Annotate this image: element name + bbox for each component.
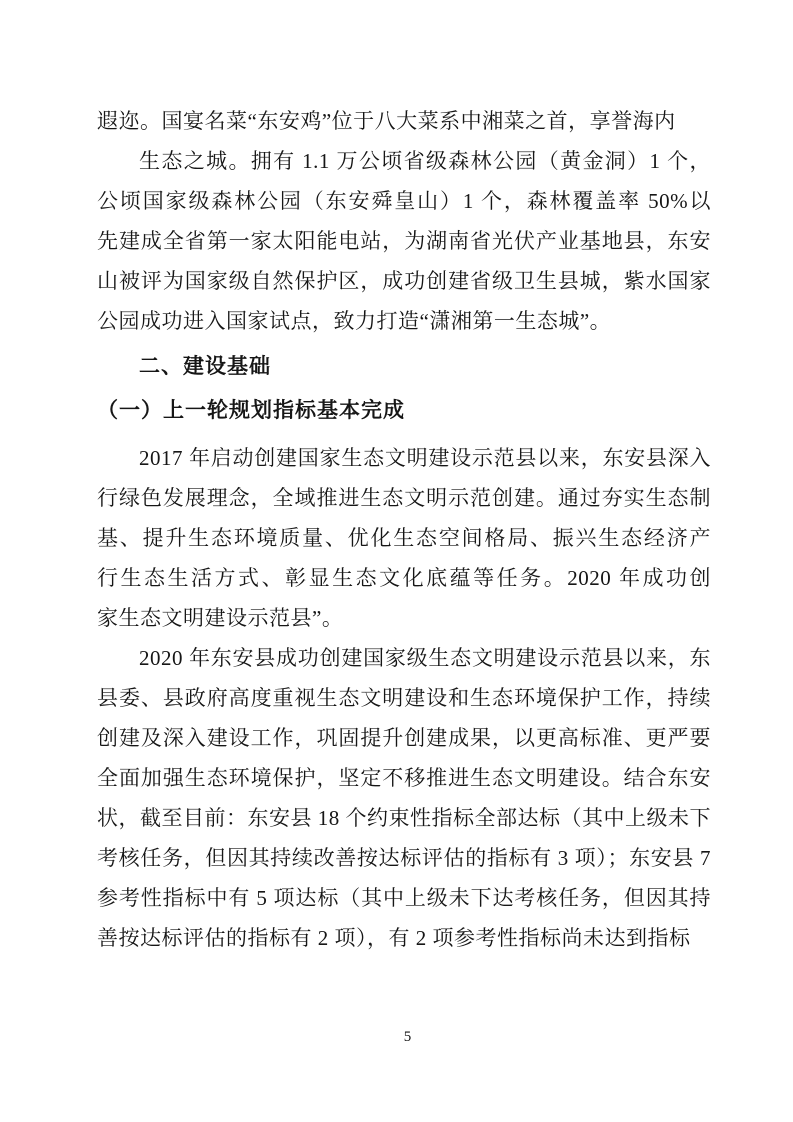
paragraph-line: 基、提升生态环境质量、优化生态空间格局、振兴生态经济产业、推 xyxy=(97,518,711,558)
document-body: 遐迩。国宴名菜“东安鸡”位于八大菜系中湘菜之首，享誉海内外。 生态之城。拥有 1… xyxy=(97,101,711,958)
paragraph-line: 2017 年启动创建国家生态文明建设示范县以来，东安县深入践 xyxy=(97,438,711,478)
paragraph-line: 公顷国家级森林公园（东安舜皇山）1 个，森林覆盖率 50%以上，率 xyxy=(97,181,711,221)
paragraph-line: 行生态生活方式、彰显生态文化底蕴等任务。2020 年成功创建“国 xyxy=(97,558,711,598)
paragraph-line: 2020 年东安县成功创建国家级生态文明建设示范县以来，东安 xyxy=(97,638,711,678)
paragraph-line: 创建及深入建设工作，巩固提升创建成果，以更高标准、更严要求， xyxy=(97,718,711,758)
page-number: 5 xyxy=(11,1028,793,1046)
paragraph-line: 先建成全省第一家太阳能电站，为湖南省光伏产业基地县，东安舜皇 xyxy=(97,221,711,261)
paragraph-line: 家生态文明建设示范县”。 xyxy=(97,598,711,638)
paragraph-line: 考核任务，但因其持续改善按达标评估的指标有 3 项）；东安县 7 个 xyxy=(97,838,711,878)
paragraph-line: 善按达标评估的指标有 2 项），有 2 项参考性指标尚未达到指标要求。 xyxy=(97,918,711,958)
subsection-heading: （一）上一轮规划指标基本完成 xyxy=(97,391,711,431)
paragraph-line: 全面加强生态环境保护，坚定不移推进生态文明建设。结合东安县现 xyxy=(97,758,711,798)
paragraph-line: 县委、县政府高度重视生态文明建设和生态环境保护工作，持续深化 xyxy=(97,678,711,718)
paragraph-line: 山被评为国家级自然保护区，成功创建省级卫生县城，紫水国家湿地 xyxy=(97,261,711,301)
paragraph-line: 遐迩。国宴名菜“东安鸡”位于八大菜系中湘菜之首，享誉海内外。 xyxy=(97,101,711,141)
paragraph-line: 生态之城。拥有 1.1 万公顷省级森林公园（黄金洞）1 个，1.5 万 xyxy=(97,141,711,181)
paragraph-line: 行绿色发展理念，全域推进生态文明示范创建。通过夯实生态制度根 xyxy=(97,478,711,518)
document-page: 遐迩。国宴名菜“东安鸡”位于八大菜系中湘菜之首，享誉海内外。 生态之城。拥有 1… xyxy=(0,0,793,1122)
section-heading: 二、建设基础 xyxy=(97,347,711,387)
paragraph-line: 公园成功进入国家试点，致力打造“潇湘第一生态城”。 xyxy=(97,301,711,341)
paragraph-line: 参考性指标中有 5 项达标（其中上级未下达考核任务，但因其持续改 xyxy=(97,878,711,918)
paragraph-line: 状，截至目前：东安县 18 个约束性指标全部达标（其中上级未下达 xyxy=(97,798,711,838)
